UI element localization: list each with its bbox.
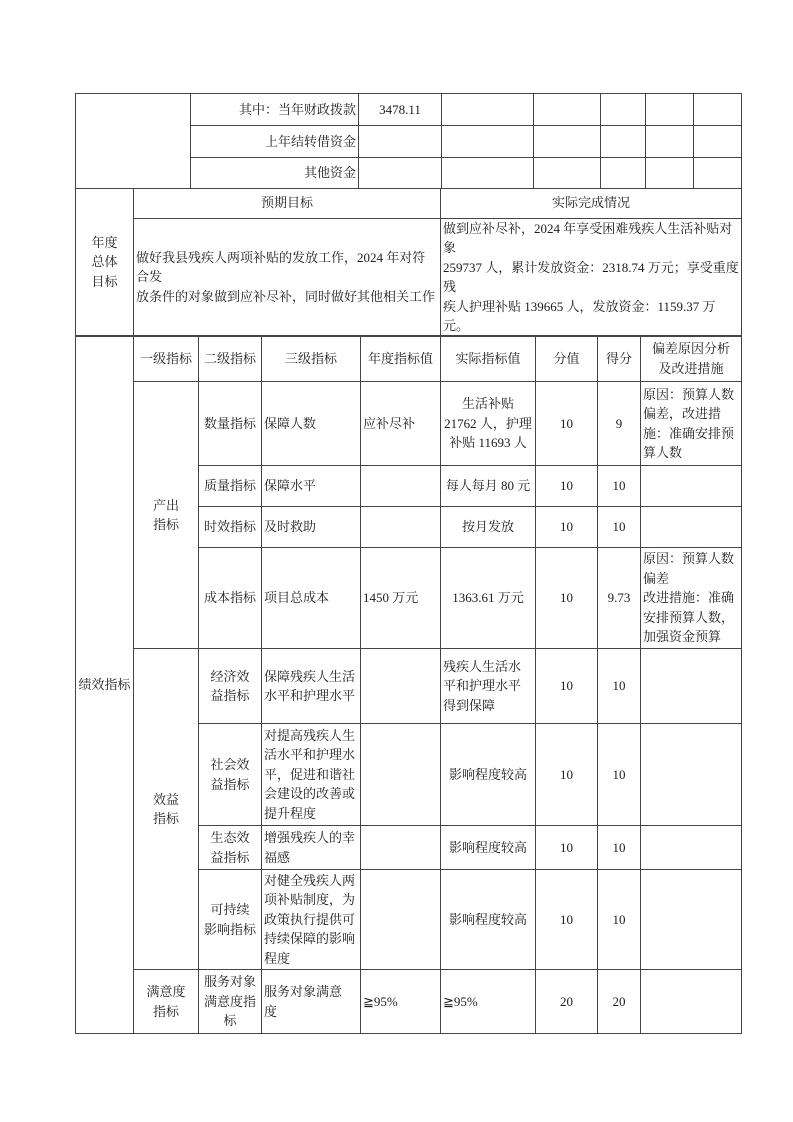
- gained-score-cell: 10: [598, 507, 641, 548]
- annual-value-cell: 应补尽补: [361, 382, 441, 466]
- goal-content-row: 做好我县残疾人两项补贴的发放工作，2024 年对符合发 放条件的对象做到应补尽补…: [76, 218, 742, 336]
- funding-empty-cell: [601, 158, 646, 189]
- gained-score-cell: 10: [598, 466, 641, 507]
- actual-completion-text-cell: 做到应补尽补，2024 年享受困难残疾人生活补贴对象 259737 人，累计发放…: [441, 218, 742, 336]
- annual-value-cell: 1450 万元: [361, 548, 441, 649]
- funding-stub-cell: [76, 94, 191, 189]
- funding-empty-cell: [442, 158, 534, 189]
- level2-cell: 社会效 益指标: [199, 724, 262, 826]
- level3-cell: 保障水平: [262, 466, 361, 507]
- funding-empty-cell: [646, 94, 694, 126]
- funding-empty-cell: [646, 158, 694, 189]
- level2-cell: 时效指标: [199, 507, 262, 548]
- actual-completion-header-cell: 实际完成情况: [441, 188, 742, 218]
- score-cell: 10: [536, 382, 598, 466]
- deviation-cell: [641, 724, 742, 826]
- header-cell-level2: 二级指标: [199, 336, 262, 382]
- expected-goal-text-cell: 做好我县残疾人两项补贴的发放工作，2024 年对符合发 放条件的对象做到应补尽补…: [134, 218, 441, 336]
- score-cell: 10: [536, 507, 598, 548]
- funding-label-cell: 上年结转借资金: [191, 126, 359, 158]
- level3-cell: 增强残疾人的幸 福感: [262, 826, 361, 870]
- deviation-cell: [641, 649, 742, 724]
- annual-value-cell: [361, 507, 441, 548]
- header-cell-gained-score: 得分: [598, 336, 641, 382]
- level3-cell: 对健全残疾人两 项补贴制度，为 政策执行提供可 持续保障的影响 程度: [262, 870, 361, 970]
- annual-goal-table: 年度 总体 目标 预期目标 实际完成情况 做好我县残疾人两项补贴的发放工作，20…: [75, 188, 742, 337]
- funding-empty-cell: [694, 126, 742, 158]
- actual-value-cell: 影响程度较高: [441, 826, 536, 870]
- goal-header-row: 年度 总体 目标 预期目标 实际完成情况: [76, 188, 742, 218]
- indicators-header-row: 绩效指标 一级指标 二级指标 三级指标 年度指标值 实际指标值 分值 得分 偏差…: [76, 336, 742, 382]
- gained-score-cell: 20: [598, 970, 641, 1034]
- level2-cell: 质量指标: [199, 466, 262, 507]
- expected-goal-header-cell: 预期目标: [134, 188, 441, 218]
- deviation-cell: [641, 970, 742, 1034]
- deviation-cell: 原因：预算人数 偏差 改进措施：准确 安排预算人数， 加强资金预算: [641, 548, 742, 649]
- funding-empty-cell: [534, 94, 601, 126]
- deviation-cell: [641, 507, 742, 548]
- level3-cell: 保障残疾人生活 水平和护理水平: [262, 649, 361, 724]
- funding-empty-cell: [646, 126, 694, 158]
- actual-value-cell: 1363.61 万元: [441, 548, 536, 649]
- indicators-table: 绩效指标 一级指标 二级指标 三级指标 年度指标值 实际指标值 分值 得分 偏差…: [75, 335, 742, 1034]
- funding-empty-cell: [534, 158, 601, 189]
- actual-value-cell: 残疾人生活水 平和护理水平 得到保障: [441, 649, 536, 724]
- score-cell: 10: [536, 466, 598, 507]
- actual-value-cell: 生活补贴 21762 人，护理 补贴 11693 人: [441, 382, 536, 466]
- annual-value-cell: [361, 649, 441, 724]
- level2-cell: 可持续 影响指标: [199, 870, 262, 970]
- header-cell-level1: 一级指标: [134, 336, 199, 382]
- actual-value-cell: ≧95%: [441, 970, 536, 1034]
- gained-score-cell: 10: [598, 649, 641, 724]
- indicator-row: 产出 指标 数量指标 保障人数 应补尽补 生活补贴 21762 人，护理 补贴 …: [76, 382, 742, 466]
- deviation-cell: [641, 466, 742, 507]
- funding-value-cell: 3478.11: [359, 94, 442, 126]
- actual-value-cell: 影响程度较高: [441, 870, 536, 970]
- funding-table: 其中：当年财政拨款 3478.11 上年结转借资金 其他资金: [75, 93, 742, 189]
- funding-empty-cell: [694, 94, 742, 126]
- annual-value-cell: [361, 826, 441, 870]
- indicator-row: 满意度 指标 服务对象 满意度指 标 服务对象满意 度 ≧95% ≧95% 20…: [76, 970, 742, 1034]
- annual-value-cell: ≧95%: [361, 970, 441, 1034]
- header-cell-annual-value: 年度指标值: [361, 336, 441, 382]
- annual-value-cell: [361, 466, 441, 507]
- score-cell: 10: [536, 724, 598, 826]
- level3-cell: 服务对象满意 度: [262, 970, 361, 1034]
- level2-cell: 经济效 益指标: [199, 649, 262, 724]
- funding-empty-cell: [534, 126, 601, 158]
- funding-empty-cell: [694, 158, 742, 189]
- header-cell-score: 分值: [536, 336, 598, 382]
- performance-section-label: 绩效指标: [76, 336, 134, 1034]
- gained-score-cell: 9.73: [598, 548, 641, 649]
- annual-goal-row-label: 年度 总体 目标: [76, 188, 134, 336]
- group-cell-benefit: 效益 指标: [134, 649, 199, 970]
- level2-cell: 成本指标: [199, 548, 262, 649]
- level3-cell: 及时救助: [262, 507, 361, 548]
- level3-cell: 项目总成本: [262, 548, 361, 649]
- funding-value-cell: [359, 126, 442, 158]
- deviation-cell: [641, 870, 742, 970]
- funding-row: 其中：当年财政拨款 3478.11: [76, 94, 742, 126]
- funding-empty-cell: [442, 126, 534, 158]
- funding-value-cell: [359, 158, 442, 189]
- funding-empty-cell: [601, 126, 646, 158]
- score-cell: 10: [536, 548, 598, 649]
- score-cell: 10: [536, 870, 598, 970]
- score-cell: 10: [536, 826, 598, 870]
- header-cell-level3: 三级指标: [262, 336, 361, 382]
- score-cell: 10: [536, 649, 598, 724]
- funding-empty-cell: [601, 94, 646, 126]
- header-cell-actual-value: 实际指标值: [441, 336, 536, 382]
- document-page: 其中：当年财政拨款 3478.11 上年结转借资金 其他资金: [0, 0, 793, 1122]
- gained-score-cell: 10: [598, 724, 641, 826]
- score-cell: 20: [536, 970, 598, 1034]
- gained-score-cell: 10: [598, 870, 641, 970]
- annual-value-cell: [361, 870, 441, 970]
- level3-cell: 保障人数: [262, 382, 361, 466]
- level3-cell: 对提高残疾人生 活水平和护理水 平，促进和谐社 会建设的改善或 提升程度: [262, 724, 361, 826]
- funding-empty-cell: [442, 94, 534, 126]
- gained-score-cell: 10: [598, 826, 641, 870]
- deviation-cell: 原因：预算人数 偏差，改进措 施：准确安排预 算人数: [641, 382, 742, 466]
- level2-cell: 服务对象 满意度指 标: [199, 970, 262, 1034]
- level2-cell: 数量指标: [199, 382, 262, 466]
- funding-label-cell: 其中：当年财政拨款: [191, 94, 359, 126]
- performance-report-table: 其中：当年财政拨款 3478.11 上年结转借资金 其他资金: [75, 93, 741, 1034]
- group-cell-satisfaction: 满意度 指标: [134, 970, 199, 1034]
- gained-score-cell: 9: [598, 382, 641, 466]
- actual-value-cell: 影响程度较高: [441, 724, 536, 826]
- deviation-cell: [641, 826, 742, 870]
- funding-label-cell: 其他资金: [191, 158, 359, 189]
- group-cell-output: 产出 指标: [134, 382, 199, 649]
- level2-cell: 生态效 益指标: [199, 826, 262, 870]
- actual-value-cell: 按月发放: [441, 507, 536, 548]
- indicator-row: 效益 指标 经济效 益指标 保障残疾人生活 水平和护理水平 残疾人生活水 平和护…: [76, 649, 742, 724]
- annual-value-cell: [361, 724, 441, 826]
- actual-value-cell: 每人每月 80 元: [441, 466, 536, 507]
- header-cell-deviation: 偏差原因分析 及改进措施: [641, 336, 742, 382]
